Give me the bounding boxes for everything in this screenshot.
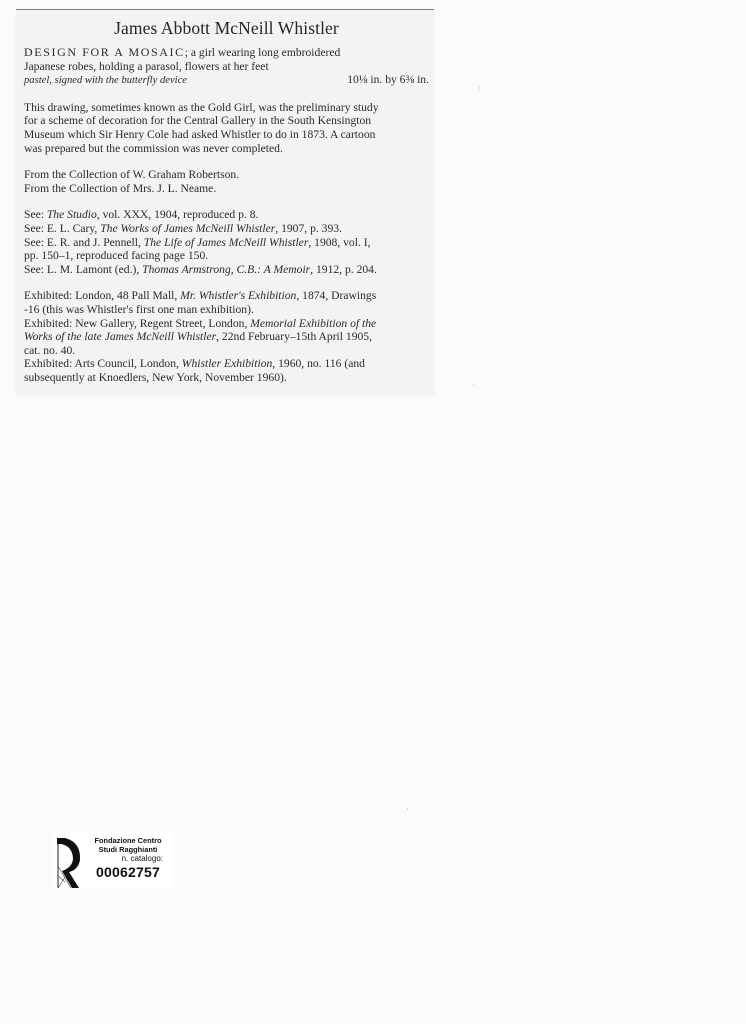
- artwork-medium: pastel, signed with the butterfly device: [24, 74, 187, 88]
- literature-block: See: The Studio, vol. XXX, 1904, reprodu…: [24, 208, 429, 276]
- institution-line2: Studi Ragghianti: [85, 845, 171, 854]
- spacer: [24, 155, 429, 168]
- lit-text: , 1907, p. 393.: [275, 222, 342, 235]
- lit-title: The Studio: [47, 208, 97, 221]
- lit-text: , 1908, vol. I,: [308, 236, 370, 249]
- exh-text: Exhibited: London, 48 Pall Mall,: [24, 289, 180, 302]
- lit-title: The Life of James McNeill Whistler: [144, 236, 309, 249]
- lit-text: See: L. M. Lamont (ed.),: [24, 263, 142, 276]
- speck-mark: ·: [406, 804, 409, 814]
- exh-title: Works of the late James McNeill Whistler: [24, 330, 216, 343]
- lit-text: pp. 150–1, reproduced facing page 150.: [24, 249, 208, 262]
- description-block: This drawing, sometimes known as the Gol…: [24, 101, 429, 155]
- provenance-line: From the Collection of Mrs. J. L. Neame.: [24, 182, 429, 196]
- catalog-number: 00062757: [85, 864, 171, 880]
- lit-text: , 1912, p. 204.: [310, 263, 377, 276]
- lit-title: The Works of James McNeill Whistler: [100, 222, 275, 235]
- provenance-block: From the Collection of W. Graham Roberts…: [24, 168, 429, 195]
- exhibition-line: subsequently at Knoedlers, New York, Nov…: [24, 371, 429, 385]
- lit-text: See: E. L. Cary,: [24, 222, 100, 235]
- spacer: [24, 195, 429, 208]
- label-text: Fondazione Centro Studi Ragghianti n. ca…: [85, 836, 171, 880]
- literature-line: pp. 150–1, reproduced facing page 150.: [24, 249, 429, 263]
- spacer: [24, 88, 429, 101]
- artwork-dimensions: 10⅛ in. by 6⅜ in.: [347, 73, 429, 87]
- description-line: for a scheme of decoration for the Centr…: [24, 114, 429, 128]
- exh-title: Whistler Exhibition: [182, 357, 273, 370]
- lit-text: , vol. XXX, 1904, reproduced p. 8.: [97, 208, 259, 221]
- description-line: Museum which Sir Henry Cole had asked Wh…: [24, 128, 429, 142]
- literature-line: See: E. L. Cary, The Works of James McNe…: [24, 222, 429, 236]
- exh-text: , 1960, no. 116 (and: [272, 357, 365, 370]
- exh-title: Mr. Whistler's Exhibition: [180, 289, 296, 302]
- exhibitions-block: Exhibited: London, 48 Pall Mall, Mr. Whi…: [24, 289, 429, 384]
- exh-text: , 1874, Drawings: [296, 289, 376, 302]
- institution-line1: Fondazione Centro: [85, 836, 171, 845]
- artwork-title-line: Design for a Mosaic; a girl wearing long…: [24, 46, 429, 60]
- exhibition-line: Exhibited: Arts Council, London, Whistle…: [24, 357, 429, 371]
- exhibition-line: Works of the late James McNeill Whistler…: [24, 330, 429, 344]
- exh-text: Exhibited: New Gallery, Regent Street, L…: [24, 317, 250, 330]
- artwork-description-line2: Japanese robes, holding a parasol, flowe…: [24, 60, 429, 74]
- artist-name: James Abbott McNeill Whistler: [24, 18, 429, 39]
- speck-mark: /: [478, 84, 481, 94]
- medium-row: pastel, signed with the butterfly device…: [24, 73, 429, 88]
- exh-text: cat. no. 40.: [24, 344, 75, 357]
- description-line: This drawing, sometimes known as the Gol…: [24, 101, 429, 115]
- speck-mark: ·: [472, 380, 475, 390]
- description-line: was prepared but the commission was neve…: [24, 142, 429, 156]
- fondazione-logo-icon: [55, 836, 83, 888]
- literature-line: See: L. M. Lamont (ed.), Thomas Armstron…: [24, 263, 429, 277]
- exh-text: -16 (this was Whistler's first one man e…: [24, 303, 254, 316]
- lit-text: See: E. R. and J. Pennell,: [24, 236, 144, 249]
- card-content: James Abbott McNeill Whistler Design for…: [24, 10, 429, 384]
- lit-title: Thomas Armstrong, C.B.: A Memoir: [142, 263, 310, 276]
- catalogue-card: James Abbott McNeill Whistler Design for…: [16, 9, 434, 394]
- artwork-title: Design for a Mosaic: [24, 45, 185, 59]
- exhibition-line: Exhibited: New Gallery, Regent Street, L…: [24, 317, 429, 331]
- artwork-subtitle: ; a girl wearing long embroidered: [185, 46, 341, 59]
- literature-line: See: The Studio, vol. XXX, 1904, reprodu…: [24, 208, 429, 222]
- exhibition-line: cat. no. 40.: [24, 344, 429, 358]
- exh-text: subsequently at Knoedlers, New York, Nov…: [24, 371, 287, 384]
- exh-text: Exhibited: Arts Council, London,: [24, 357, 182, 370]
- lit-text: See:: [24, 208, 47, 221]
- archive-label: Fondazione Centro Studi Ragghianti n. ca…: [53, 832, 173, 888]
- exhibition-line: Exhibited: London, 48 Pall Mall, Mr. Whi…: [24, 289, 429, 303]
- provenance-line: From the Collection of W. Graham Roberts…: [24, 168, 429, 182]
- exh-title: Memorial Exhibition of the: [250, 317, 376, 330]
- catalog-caption: n. catalogo:: [85, 854, 171, 864]
- exhibition-line: -16 (this was Whistler's first one man e…: [24, 303, 429, 317]
- exh-text: , 22nd February–15th April 1905,: [216, 330, 372, 343]
- literature-line: See: E. R. and J. Pennell, The Life of J…: [24, 236, 429, 250]
- spacer: [24, 276, 429, 289]
